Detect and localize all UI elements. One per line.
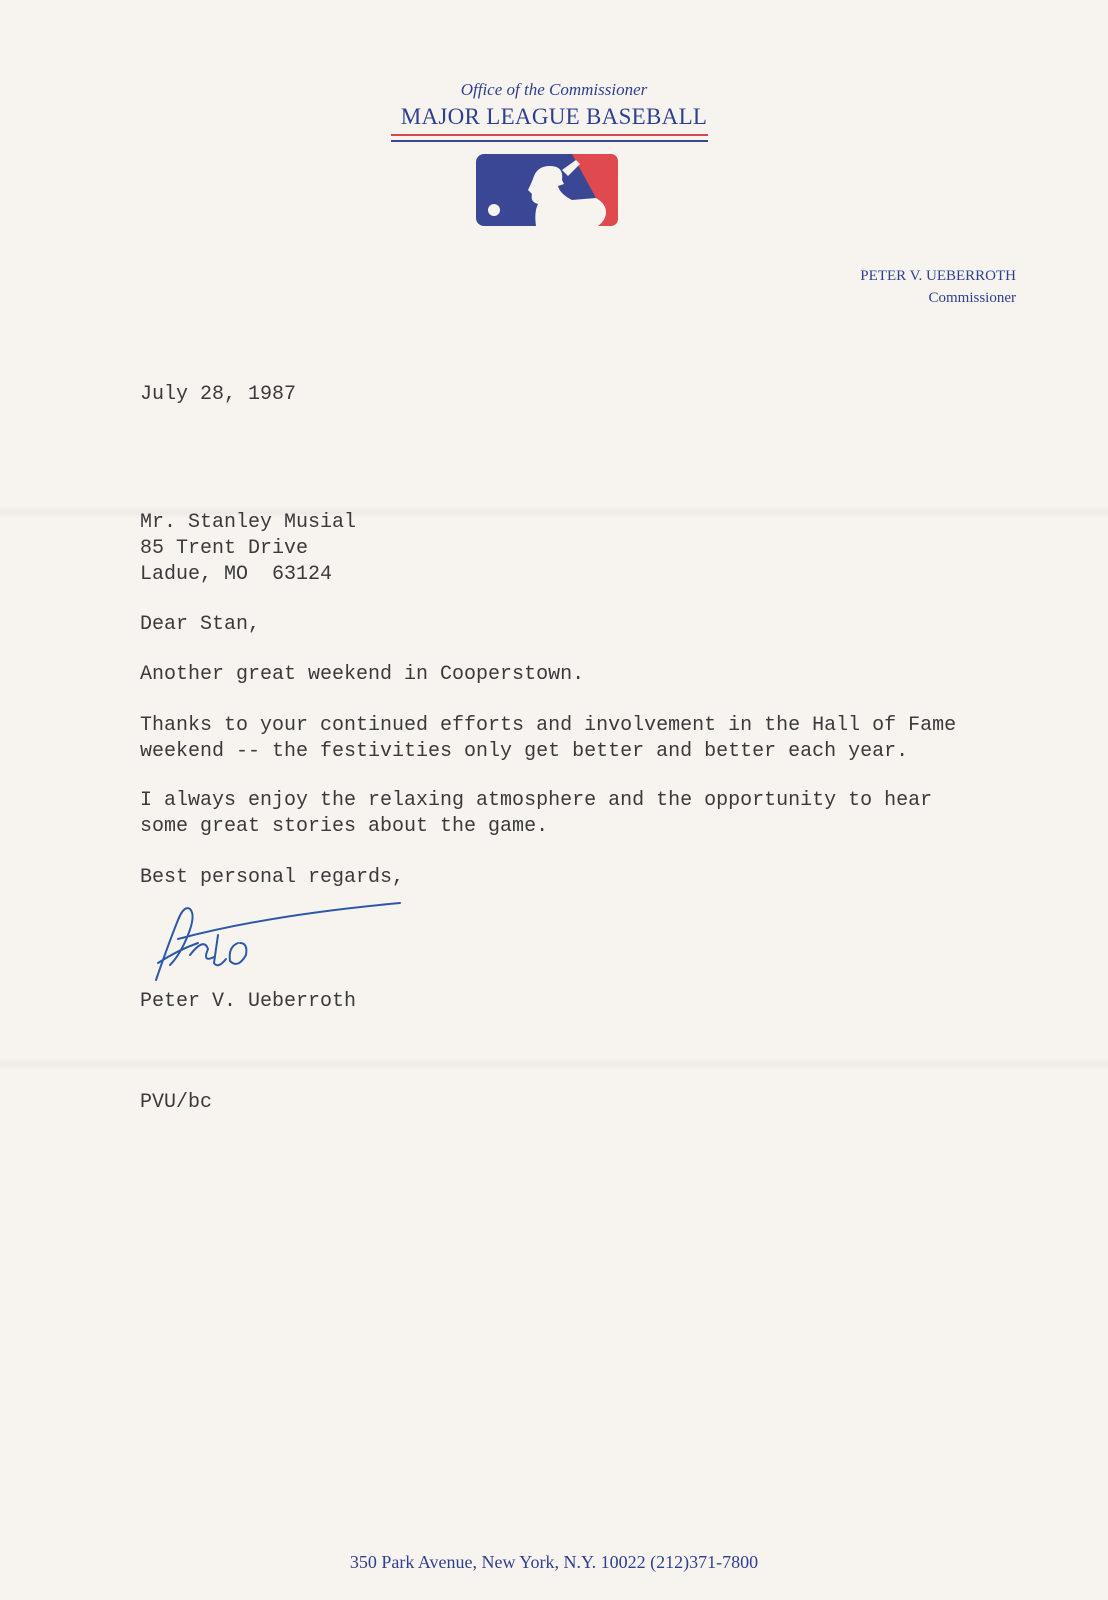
paragraph-3-line-2: some great stories about the game. <box>140 814 548 840</box>
letterhead-organization: MAJOR LEAGUE BASEBALL <box>0 104 1108 130</box>
paper-fold-lower <box>0 1057 1108 1071</box>
signer-name: Peter V. Ueberroth <box>140 989 356 1015</box>
recipient-line-2: 85 Trent Drive <box>140 536 308 562</box>
executive-block: PETER V. UEBERROTH Commissioner <box>860 265 1016 309</box>
letter-date: July 28, 1987 <box>140 382 296 408</box>
paragraph-2-line-1: Thanks to your continued efforts and inv… <box>140 713 956 739</box>
reference-initials: PVU/bc <box>140 1090 212 1116</box>
paragraph-2-line-2: weekend -- the festivities only get bett… <box>140 739 908 765</box>
executive-title: Commissioner <box>860 287 1016 309</box>
recipient-line-3: Ladue, MO 63124 <box>140 562 332 588</box>
mlb-logo-icon <box>476 154 618 226</box>
paragraph-1: Another great weekend in Cooperstown. <box>140 662 584 688</box>
salutation: Dear Stan, <box>140 612 260 638</box>
recipient-line-1: Mr. Stanley Musial <box>140 510 356 536</box>
letterhead-rule-red <box>391 134 708 136</box>
letterhead-rule-blue <box>391 140 708 142</box>
signature-icon <box>148 895 418 1000</box>
closing: Best personal regards, <box>140 865 404 891</box>
paragraph-3-line-1: I always enjoy the relaxing atmosphere a… <box>140 788 932 814</box>
executive-name: PETER V. UEBERROTH <box>860 265 1016 287</box>
letterhead-office: Office of the Commissioner <box>0 80 1108 100</box>
footer-address: 350 Park Avenue, New York, N.Y. 10022 (2… <box>0 1552 1108 1573</box>
